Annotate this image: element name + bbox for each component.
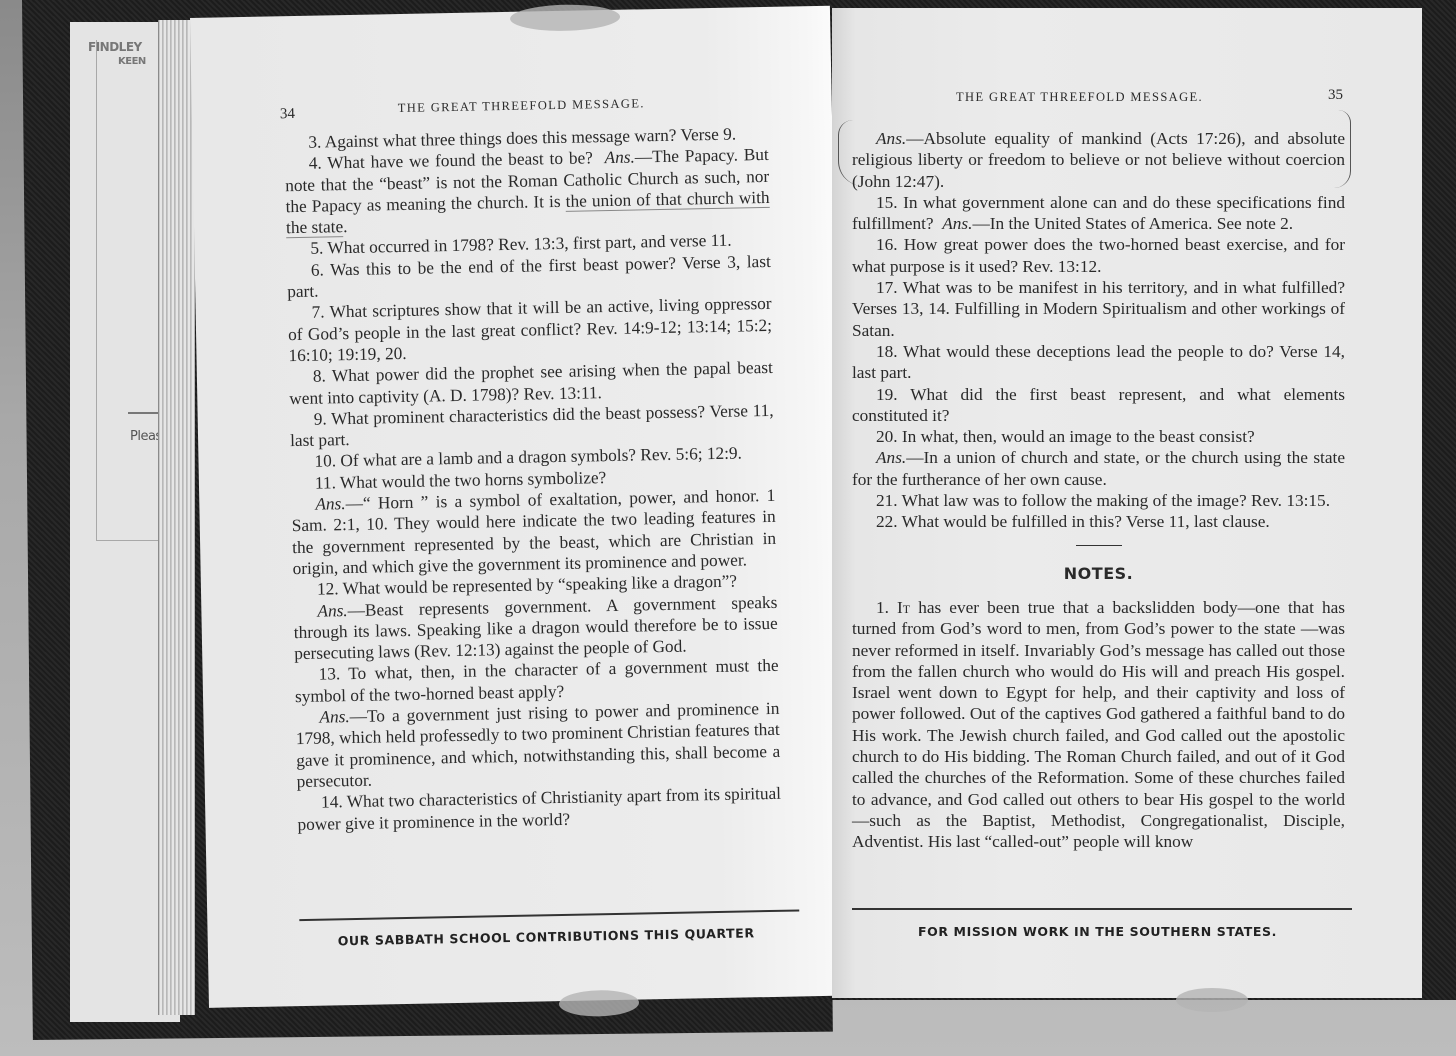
page-footer: OUR SABBATH SCHOOL CONTRIBUTIONS THIS QU… [338, 925, 755, 948]
question-17: 17. What was to be manifest in his terri… [852, 277, 1345, 341]
flyleaf-rule [128, 412, 158, 414]
answer-12: Ans.—Beast represents government. A gove… [293, 591, 778, 664]
question-7: 7. What scriptures show that it will be … [287, 293, 772, 366]
page-edges [158, 20, 195, 1015]
flyleaf-note: Pleas [130, 429, 162, 444]
question-18: 18. What would these deceptions lead the… [852, 341, 1345, 384]
notes-heading: NOTES. [852, 563, 1345, 584]
question-19: 19. What did the first beast represent, … [852, 384, 1345, 427]
answer-13: Ans.—To a government just rising to powe… [295, 698, 781, 792]
footer-rule [852, 908, 1352, 910]
right-page-body: Ans.—Absolute equality of mankind (Acts … [852, 128, 1345, 853]
right-page: THE GREAT THREEFOLD MESSAGE. 35 Ans.—Abs… [832, 8, 1422, 998]
question-21: 21. What law was to follow the making of… [852, 490, 1345, 511]
page-number: 34 [280, 106, 295, 123]
question-15: 15. In what government alone can and do … [852, 192, 1345, 235]
question-16: 16. How great power does the two-horned … [852, 234, 1345, 277]
question-14: 14. What two characteristics of Christia… [297, 783, 782, 835]
question-20: 20. In what, then, would an image to the… [852, 426, 1345, 447]
answer-14: Ans.—Absolute equality of mankind (Acts … [852, 128, 1345, 192]
running-head: THE GREAT THREEFOLD MESSAGE. [398, 96, 645, 116]
running-head: THE GREAT THREEFOLD MESSAGE. [956, 90, 1203, 105]
page-footer: FOR MISSION WORK IN THE SOUTHERN STATES. [918, 924, 1277, 939]
stamp-findley: FINDLEY [88, 40, 142, 54]
stain-bottom [1176, 988, 1248, 1012]
stamp-keen: KEEN [118, 56, 146, 67]
flyleaf-label-box [96, 40, 167, 541]
answer-20: Ans.—In a union of church and state, or … [852, 447, 1345, 490]
left-page-body: 3. Against what three things does this m… [284, 123, 781, 835]
page-number: 35 [1328, 87, 1343, 104]
question-4: 4. What have we found the beast to be? A… [285, 144, 771, 238]
notes-divider [1076, 545, 1122, 546]
question-22: 22. What would be fulfilled in this? Ver… [852, 511, 1345, 532]
answer-11: Ans.—“ Horn ” is a symbol of exaltation,… [291, 485, 777, 579]
left-page: 34 THE GREAT THREEFOLD MESSAGE. 3. Again… [190, 6, 849, 1008]
footer-rule [299, 909, 799, 921]
note-1: 1. It has ever been true that a backslid… [852, 597, 1345, 853]
